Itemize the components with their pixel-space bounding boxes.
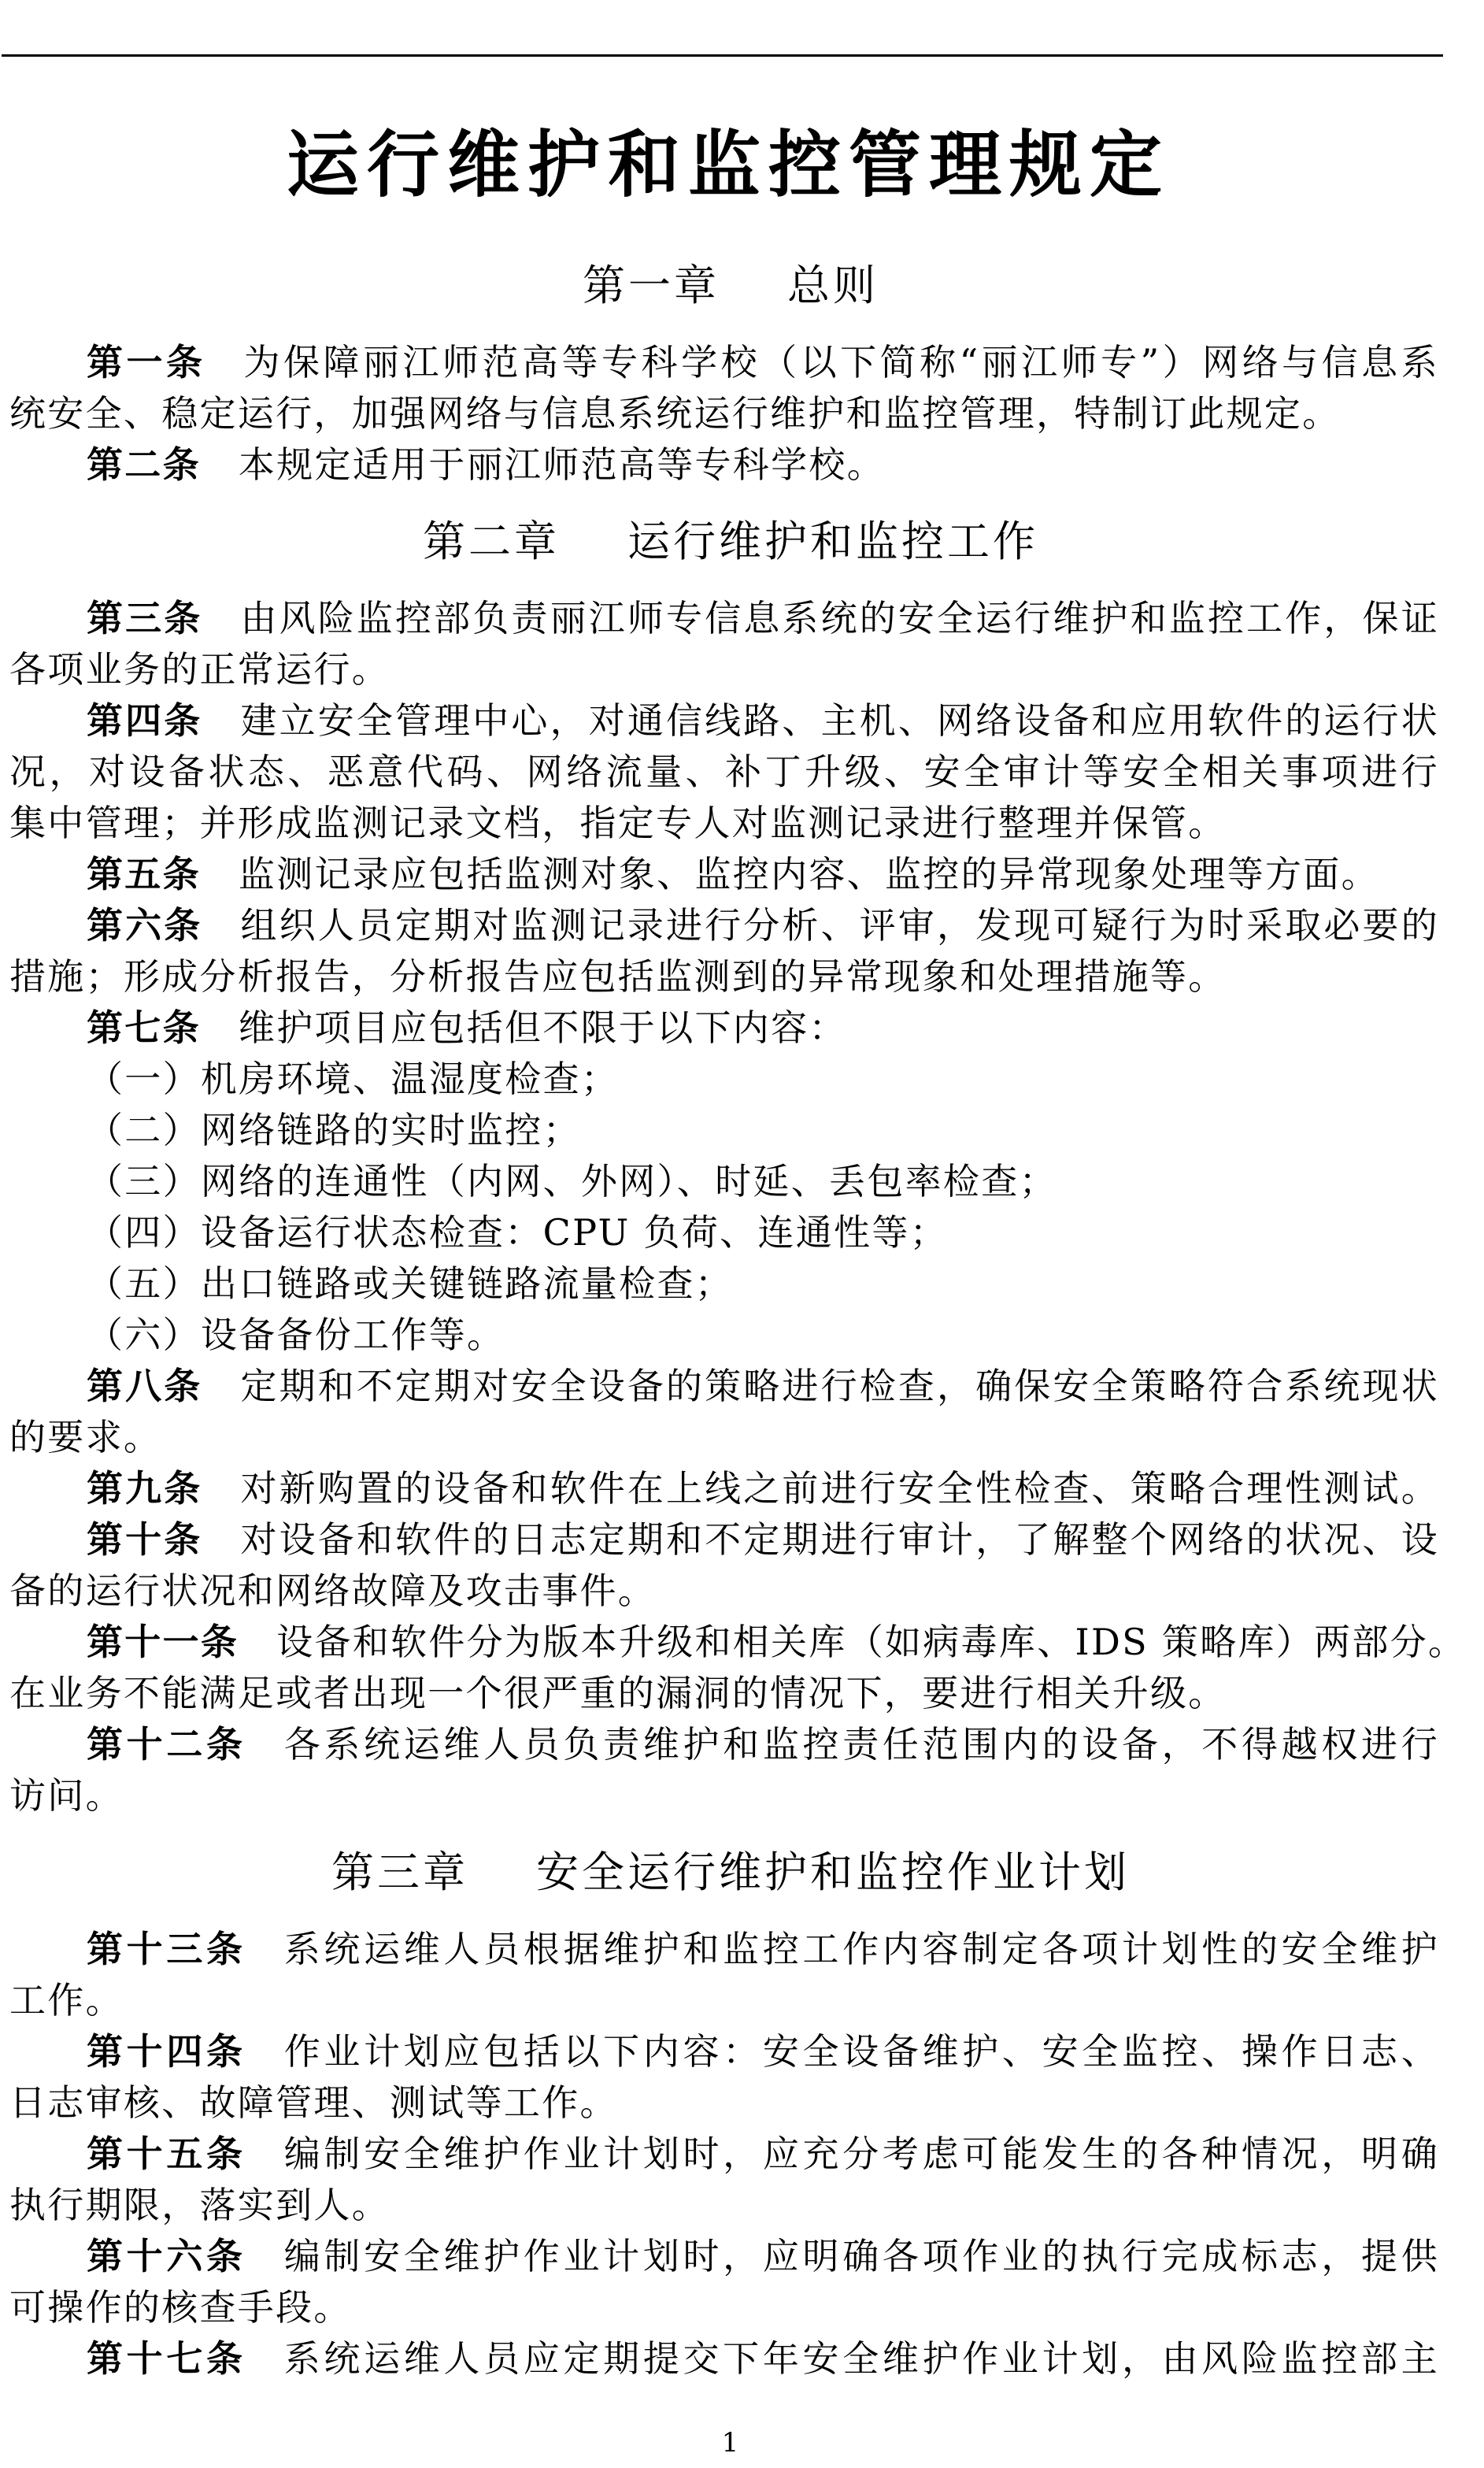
- article-text: 执行期限，落实到人。: [9, 2184, 390, 2226]
- article-12: 第十二条各系统运维人员负责维护和监控责任范围内的设备，不得越权进行 访问。: [9, 1719, 1439, 1821]
- chapter-heading: 第二章运行维护和监控工作: [9, 491, 1439, 593]
- article-label: 第十二条: [87, 1723, 284, 1766]
- article-line: 第十四条作业计划应包括以下内容：安全设备维护、安全监控、操作日志、: [9, 2026, 1439, 2077]
- article-text: 工作。: [9, 1979, 124, 2021]
- list-item: （五）出口链路或关键链路流量检查；: [9, 1258, 1439, 1310]
- article-10: 第十条对设备和软件的日志定期和不定期进行审计，了解整个网络的状况、设 备的运行状…: [9, 1514, 1439, 1617]
- article-line: 第十条对设备和软件的日志定期和不定期进行审计，了解整个网络的状况、设: [9, 1514, 1439, 1566]
- article-label: 第三条: [87, 597, 240, 639]
- article-text: 日志审核、故障管理、测试等工作。: [9, 2081, 618, 2124]
- article-line: 第十一条设备和软件分为版本升级和相关库（如病毒库、IDS 策略库）两部分。: [9, 1617, 1439, 1668]
- chapter-number: 第一章: [583, 261, 720, 310]
- list-item: （三）网络的连通性（内网、外网）、时延、丢包率检查；: [9, 1156, 1439, 1207]
- article-label: 第六条: [87, 904, 240, 947]
- article-7: 第七条维护项目应包括但不限于以下内容： （一）机房环境、温湿度检查； （二）网络…: [9, 1002, 1439, 1361]
- article-text: 本规定适用于丽江师范高等专科学校。: [239, 443, 885, 486]
- article-text: 系统运维人员根据维护和监控工作内容制定各项计划性的安全维护: [284, 1928, 1439, 1970]
- article-text: 对新购置的设备和软件在上线之前进行安全性检查、策略合理性测试。: [240, 1467, 1439, 1510]
- article-line: 第十二条各系统运维人员负责维护和监控责任范围内的设备，不得越权进行: [9, 1719, 1439, 1770]
- article-line: 的要求。: [9, 1412, 1439, 1463]
- maintenance-item-list: （一）机房环境、温湿度检查； （二）网络链路的实时监控； （三）网络的连通性（内…: [9, 1054, 1439, 1361]
- document-title: 运行维护和监控管理规定: [9, 125, 1439, 204]
- article-2: 第二条本规定适用于丽江师范高等专科学校。: [9, 439, 1439, 491]
- article-line: 第十七条系统运维人员应定期提交下年安全维护作业计划，由风险监控部主: [9, 2333, 1439, 2385]
- article-text: 备的运行状况和网络故障及攻击事件。: [9, 1569, 656, 1612]
- list-item: （四）设备运行状态检查：CPU 负荷、连通性等；: [9, 1207, 1439, 1258]
- article-line: 第九条对新购置的设备和软件在上线之前进行安全性检查、策略合理性测试。: [9, 1463, 1439, 1514]
- article-line: 第二条本规定适用于丽江师范高等专科学校。: [9, 439, 1439, 491]
- chapter-title: 总则: [787, 261, 879, 310]
- chapter-number: 第三章: [331, 1847, 468, 1897]
- article-label: 第十三条: [87, 1928, 284, 1970]
- article-text: 为保障丽江师范高等专科学校（以下简称“丽江师专”）网络与信息系: [244, 341, 1439, 384]
- article-line: 况，对设备状态、恶意代码、网络流量、补丁升级、安全审计等安全相关事项进行: [9, 747, 1439, 798]
- article-line: 日志审核、故障管理、测试等工作。: [9, 2077, 1439, 2129]
- article-text: 对设备和软件的日志定期和不定期进行审计，了解整个网络的状况、设: [240, 1518, 1439, 1561]
- article-9: 第九条对新购置的设备和软件在上线之前进行安全性检查、策略合理性测试。: [9, 1463, 1439, 1514]
- article-line: 第一条为保障丽江师范高等专科学校（以下简称“丽江师专”）网络与信息系: [9, 337, 1439, 388]
- article-text: 编制安全维护作业计划时，应充分考虑可能发生的各种情况，明确: [284, 2133, 1439, 2175]
- article-11: 第十一条设备和软件分为版本升级和相关库（如病毒库、IDS 策略库）两部分。 在业…: [9, 1617, 1439, 1719]
- article-label: 第二条: [87, 443, 239, 486]
- chapter-heading: 第一章总则: [9, 235, 1439, 337]
- article-6: 第六条组织人员定期对监测记录进行分析、评审，发现可疑行为时采取必要的 措施；形成…: [9, 900, 1439, 1002]
- article-text: 在业务不能满足或者出现一个很严重的漏洞的情况下，要进行相关升级。: [9, 1672, 1227, 1714]
- list-item: （二）网络链路的实时监控；: [9, 1105, 1439, 1156]
- article-label: 第十五条: [87, 2133, 284, 2175]
- article-text: 况，对设备状态、恶意代码、网络流量、补丁升级、安全审计等安全相关事项进行: [9, 750, 1439, 793]
- article-text: 定期和不定期对安全设备的策略进行检查，确保安全策略符合系统现状: [240, 1365, 1439, 1407]
- article-label: 第五条: [87, 853, 239, 895]
- article-line: 在业务不能满足或者出现一个很严重的漏洞的情况下，要进行相关升级。: [9, 1668, 1439, 1719]
- article-text: 各项业务的正常运行。: [9, 648, 390, 691]
- article-text: 设备和软件分为版本升级和相关库（如病毒库、IDS 策略库）两部分。: [276, 1621, 1466, 1663]
- article-line: 工作。: [9, 1975, 1439, 2026]
- article-3: 第三条由风险监控部负责丽江师专信息系统的安全运行维护和监控工作，保证 各项业务的…: [9, 593, 1439, 695]
- article-label: 第十条: [87, 1518, 240, 1561]
- article-text: 可操作的核查手段。: [9, 2286, 352, 2329]
- article-label: 第九条: [87, 1467, 240, 1510]
- chapter-3: 第三章安全运行维护和监控作业计划 第十三条系统运维人员根据维护和监控工作内容制定…: [9, 1821, 1439, 2385]
- chapter-heading: 第三章安全运行维护和监控作业计划: [9, 1821, 1439, 1924]
- article-line: 集中管理；并形成监测记录文档，指定专人对监测记录进行整理并保管。: [9, 798, 1439, 849]
- page-number: 1: [0, 2425, 1460, 2460]
- article-line: 执行期限，落实到人。: [9, 2180, 1439, 2231]
- article-5: 第五条监测记录应包括监测对象、监控内容、监控的异常现象处理等方面。: [9, 849, 1439, 900]
- article-label: 第八条: [87, 1365, 240, 1407]
- article-8: 第八条定期和不定期对安全设备的策略进行检查，确保安全策略符合系统现状 的要求。: [9, 1361, 1439, 1463]
- article-line: 第八条定期和不定期对安全设备的策略进行检查，确保安全策略符合系统现状: [9, 1361, 1439, 1412]
- article-label: 第十一条: [87, 1621, 276, 1663]
- chapter-1: 第一章总则 第一条为保障丽江师范高等专科学校（以下简称“丽江师专”）网络与信息系…: [9, 235, 1439, 491]
- chapter-2: 第二章运行维护和监控工作 第三条由风险监控部负责丽江师专信息系统的安全运行维护和…: [9, 491, 1439, 1821]
- article-text: 维护项目应包括但不限于以下内容：: [239, 1006, 847, 1049]
- article-line: 第四条建立安全管理中心，对通信线路、主机、网络设备和应用软件的运行状: [9, 695, 1439, 747]
- article-label: 第十四条: [87, 2030, 284, 2073]
- article-line: 访问。: [9, 1770, 1439, 1821]
- document-body: 第一章总则 第一条为保障丽江师范高等专科学校（以下简称“丽江师专”）网络与信息系…: [9, 235, 1439, 2385]
- article-label: 第十七条: [87, 2337, 284, 2380]
- article-15: 第十五条编制安全维护作业计划时，应充分考虑可能发生的各种情况，明确 执行期限，落…: [9, 2129, 1439, 2231]
- article-line: 第五条监测记录应包括监测对象、监控内容、监控的异常现象处理等方面。: [9, 849, 1439, 900]
- article-line: 第七条维护项目应包括但不限于以下内容：: [9, 1002, 1439, 1054]
- article-text: 由风险监控部负责丽江师专信息系统的安全运行维护和监控工作，保证: [240, 597, 1439, 639]
- article-line: 措施；形成分析报告，分析报告应包括监测到的异常现象和处理措施等。: [9, 951, 1439, 1002]
- article-line: 第十五条编制安全维护作业计划时，应充分考虑可能发生的各种情况，明确: [9, 2129, 1439, 2180]
- article-text: 建立安全管理中心，对通信线路、主机、网络设备和应用软件的运行状: [240, 699, 1439, 742]
- article-text: 集中管理；并形成监测记录文档，指定专人对监测记录进行整理并保管。: [9, 802, 1227, 844]
- article-17: 第十七条系统运维人员应定期提交下年安全维护作业计划，由风险监控部主: [9, 2333, 1439, 2385]
- article-line: 可操作的核查手段。: [9, 2282, 1439, 2333]
- article-line: 统安全、稳定运行，加强网络与信息系统运行维护和监控管理，特制订此规定。: [9, 388, 1439, 439]
- article-4: 第四条建立安全管理中心，对通信线路、主机、网络设备和应用软件的运行状 况，对设备…: [9, 695, 1439, 849]
- article-14: 第十四条作业计划应包括以下内容：安全设备维护、安全监控、操作日志、 日志审核、故…: [9, 2026, 1439, 2129]
- article-line: 各项业务的正常运行。: [9, 644, 1439, 695]
- article-label: 第七条: [87, 1006, 239, 1049]
- article-label: 第一条: [87, 341, 244, 384]
- chapter-title: 安全运行维护和监控作业计划: [536, 1847, 1130, 1897]
- document-page: 运行维护和监控管理规定 第一章总则 第一条为保障丽江师范高等专科学校（以下简称“…: [0, 0, 1484, 2468]
- article-label: 第十六条: [87, 2235, 284, 2277]
- article-text: 系统运维人员应定期提交下年安全维护作业计划，由风险监控部主: [284, 2337, 1439, 2380]
- article-text: 措施；形成分析报告，分析报告应包括监测到的异常现象和处理措施等。: [9, 955, 1227, 998]
- article-1: 第一条为保障丽江师范高等专科学校（以下简称“丽江师专”）网络与信息系 统安全、稳…: [9, 337, 1439, 439]
- article-text: 监测记录应包括监测对象、监控内容、监控的异常现象处理等方面。: [239, 853, 1379, 895]
- list-item: （一）机房环境、温湿度检查；: [9, 1054, 1439, 1105]
- article-text: 统安全、稳定运行，加强网络与信息系统运行维护和监控管理，特制订此规定。: [9, 392, 1341, 435]
- chapter-title: 运行维护和监控工作: [627, 517, 1038, 566]
- article-text: 的要求。: [9, 1416, 161, 1458]
- article-text: 组织人员定期对监测记录进行分析、评审，发现可疑行为时采取必要的: [240, 904, 1439, 947]
- article-line: 第十三条系统运维人员根据维护和监控工作内容制定各项计划性的安全维护: [9, 1924, 1439, 1975]
- article-line: 第十六条编制安全维护作业计划时，应明确各项作业的执行完成标志，提供: [9, 2231, 1439, 2282]
- article-text: 编制安全维护作业计划时，应明确各项作业的执行完成标志，提供: [284, 2235, 1439, 2277]
- chapter-number: 第二章: [423, 517, 560, 566]
- list-item: （六）设备备份工作等。: [9, 1310, 1439, 1361]
- article-line: 备的运行状况和网络故障及攻击事件。: [9, 1566, 1439, 1617]
- article-text: 作业计划应包括以下内容：安全设备维护、安全监控、操作日志、: [284, 2030, 1439, 2073]
- article-13: 第十三条系统运维人员根据维护和监控工作内容制定各项计划性的安全维护 工作。: [9, 1924, 1439, 2026]
- article-text: 访问。: [9, 1774, 124, 1817]
- article-line: 第六条组织人员定期对监测记录进行分析、评审，发现可疑行为时采取必要的: [9, 900, 1439, 951]
- header-rule: [2, 54, 1443, 57]
- article-line: 第三条由风险监控部负责丽江师专信息系统的安全运行维护和监控工作，保证: [9, 593, 1439, 644]
- article-text: 各系统运维人员负责维护和监控责任范围内的设备，不得越权进行: [284, 1723, 1439, 1766]
- article-16: 第十六条编制安全维护作业计划时，应明确各项作业的执行完成标志，提供 可操作的核查…: [9, 2231, 1439, 2333]
- article-label: 第四条: [87, 699, 240, 742]
